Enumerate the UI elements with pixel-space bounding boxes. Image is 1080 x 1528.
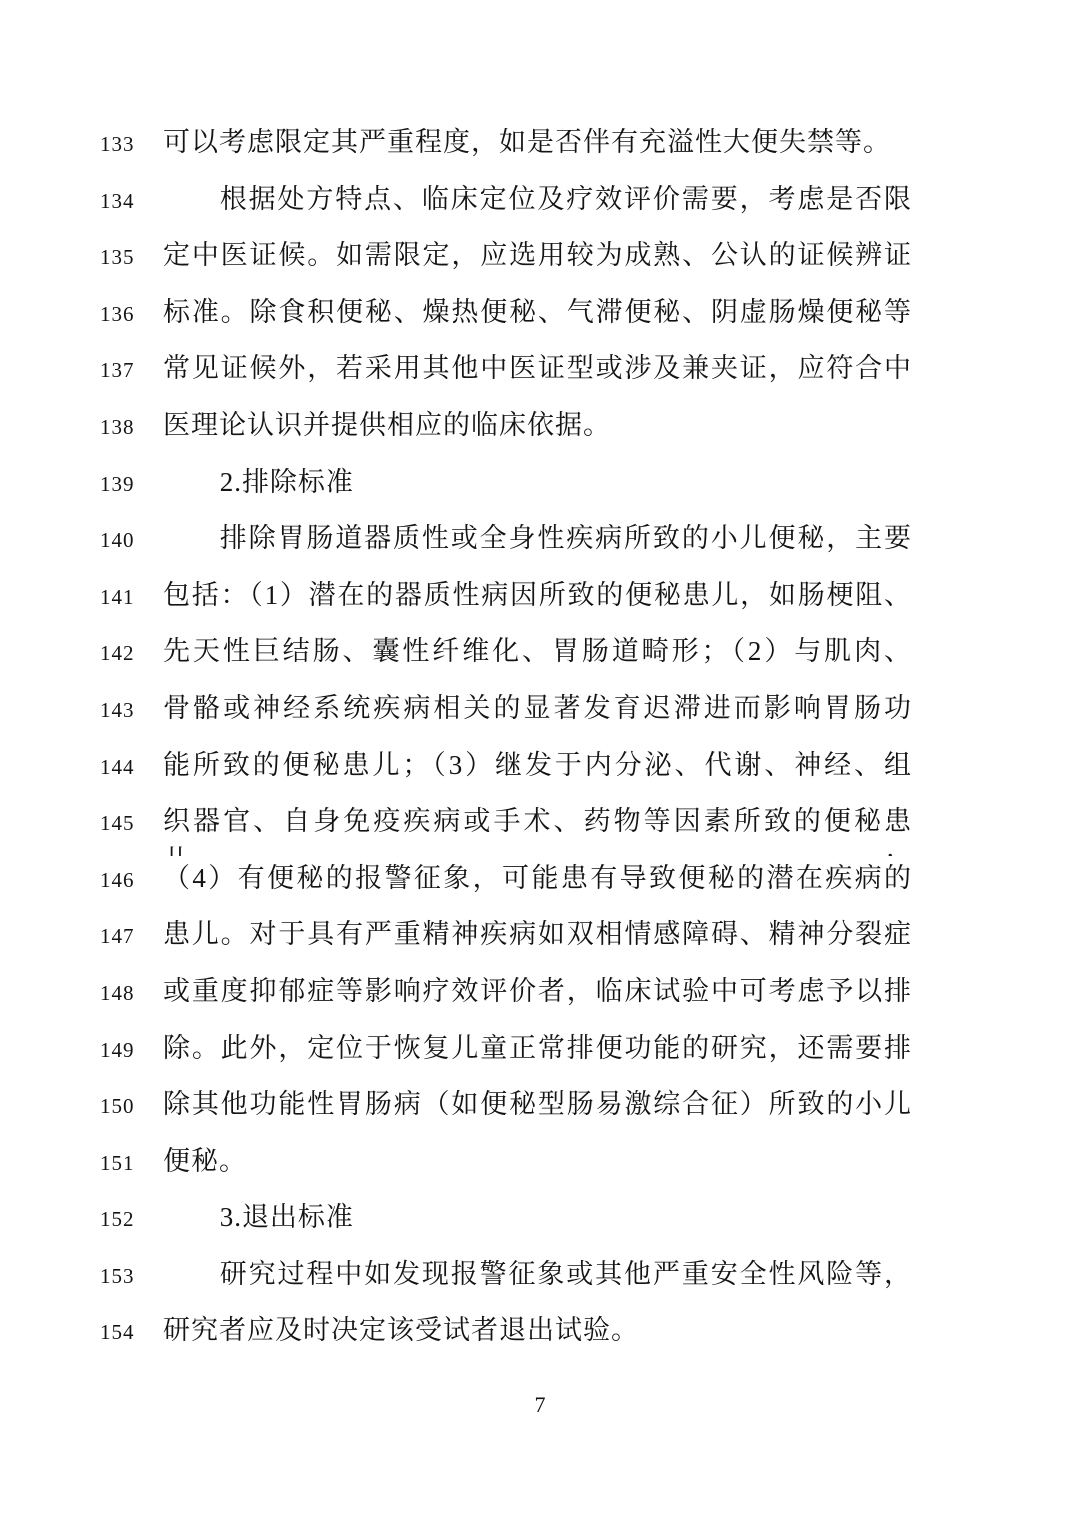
line-text: 2.排除标准 bbox=[163, 460, 912, 499]
text-line: 133可以考虑限定其严重程度，如是否伴有充溢性大便失禁等。 bbox=[100, 120, 912, 177]
text-line: 145织器官、自身免疫疾病或手术、药物等因素所致的便秘患儿； bbox=[100, 799, 912, 856]
text-line: 147患儿。对于具有严重精神疾病如双相情感障碍、精神分裂症 bbox=[100, 912, 912, 969]
line-text: 便秘。 bbox=[163, 1139, 912, 1178]
line-number: 153 bbox=[100, 1264, 163, 1289]
text-line: 135定中医证候。如需限定，应选用较为成熟、公认的证候辨证 bbox=[100, 233, 912, 290]
text-line: 1523.退出标准 bbox=[100, 1195, 912, 1252]
text-line: 142先天性巨结肠、囊性纤维化、胃肠道畸形；（2）与肌肉、 bbox=[100, 629, 912, 686]
line-text: 或重度抑郁症等影响疗效评价者，临床试验中可考虑予以排 bbox=[163, 969, 912, 1008]
line-text: 患儿。对于具有严重精神疾病如双相情感障碍、精神分裂症 bbox=[163, 912, 912, 951]
line-text: 根据处方特点、临床定位及疗效评价需要，考虑是否限 bbox=[163, 177, 912, 216]
text-line: 1392.排除标准 bbox=[100, 460, 912, 517]
line-text: 能所致的便秘患儿；（3）继发于内分泌、代谢、神经、组 bbox=[163, 743, 912, 782]
line-number: 148 bbox=[100, 981, 163, 1006]
page-number: 7 bbox=[0, 1392, 1080, 1418]
line-number: 151 bbox=[100, 1151, 163, 1176]
line-number: 142 bbox=[100, 641, 163, 666]
line-text: 先天性巨结肠、囊性纤维化、胃肠道畸形；（2）与肌肉、 bbox=[163, 629, 912, 668]
text-line: 151便秘。 bbox=[100, 1139, 912, 1196]
line-number: 140 bbox=[100, 528, 163, 553]
document-page: 133可以考虑限定其严重程度，如是否伴有充溢性大便失禁等。134根据处方特点、临… bbox=[0, 0, 1080, 1528]
text-line: 149除。此外，定位于恢复儿童正常排便功能的研究，还需要排 bbox=[100, 1026, 912, 1083]
line-number: 154 bbox=[100, 1320, 163, 1345]
line-number: 145 bbox=[100, 811, 163, 836]
line-number: 133 bbox=[100, 132, 163, 157]
text-body: 133可以考虑限定其严重程度，如是否伴有充溢性大便失禁等。134根据处方特点、临… bbox=[100, 120, 912, 1365]
text-line: 150除其他功能性胃肠病（如便秘型肠易激综合征）所致的小儿 bbox=[100, 1082, 912, 1139]
line-text: 可以考虑限定其严重程度，如是否伴有充溢性大便失禁等。 bbox=[163, 120, 912, 159]
text-line: 136标准。除食积便秘、燥热便秘、气滞便秘、阴虚肠燥便秘等 bbox=[100, 290, 912, 347]
line-number: 144 bbox=[100, 755, 163, 780]
line-number: 152 bbox=[100, 1207, 163, 1232]
text-line: 146（4）有便秘的报警征象，可能患有导致便秘的潜在疾病的 bbox=[100, 856, 912, 913]
line-number: 134 bbox=[100, 189, 163, 214]
text-line: 141包括：（1）潜在的器质性病因所致的便秘患儿，如肠梗阻、 bbox=[100, 573, 912, 630]
text-line: 137常见证候外，若采用其他中医证型或涉及兼夹证，应符合中 bbox=[100, 346, 912, 403]
text-line: 143骨骼或神经系统疾病相关的显著发育迟滞进而影响胃肠功 bbox=[100, 686, 912, 743]
text-line: 134根据处方特点、临床定位及疗效评价需要，考虑是否限 bbox=[100, 177, 912, 234]
line-text: 排除胃肠道器质性或全身性疾病所致的小儿便秘，主要 bbox=[163, 516, 912, 555]
line-number: 149 bbox=[100, 1038, 163, 1063]
line-text: 除。此外，定位于恢复儿童正常排便功能的研究，还需要排 bbox=[163, 1026, 912, 1065]
line-number: 135 bbox=[100, 245, 163, 270]
line-number: 146 bbox=[100, 868, 163, 893]
line-text: 织器官、自身免疫疾病或手术、药物等因素所致的便秘患儿； bbox=[163, 799, 912, 856]
line-text: 包括：（1）潜在的器质性病因所致的便秘患儿，如肠梗阻、 bbox=[163, 573, 912, 612]
text-line: 148或重度抑郁症等影响疗效评价者，临床试验中可考虑予以排 bbox=[100, 969, 912, 1026]
text-line: 144能所致的便秘患儿；（3）继发于内分泌、代谢、神经、组 bbox=[100, 743, 912, 800]
text-line: 154研究者应及时决定该受试者退出试验。 bbox=[100, 1308, 912, 1365]
line-number: 137 bbox=[100, 358, 163, 383]
line-text: 标准。除食积便秘、燥热便秘、气滞便秘、阴虚肠燥便秘等 bbox=[163, 290, 912, 329]
line-number: 150 bbox=[100, 1094, 163, 1119]
text-line: 153研究过程中如发现报警征象或其他严重安全性风险等， bbox=[100, 1252, 912, 1309]
line-text: 定中医证候。如需限定，应选用较为成熟、公认的证候辨证 bbox=[163, 233, 912, 272]
line-text: 3.退出标准 bbox=[163, 1195, 912, 1234]
line-number: 141 bbox=[100, 585, 163, 610]
line-text: 研究过程中如发现报警征象或其他严重安全性风险等， bbox=[163, 1252, 912, 1291]
line-number: 143 bbox=[100, 698, 163, 723]
line-text: （4）有便秘的报警征象，可能患有导致便秘的潜在疾病的 bbox=[163, 856, 912, 895]
line-number: 138 bbox=[100, 415, 163, 440]
line-text: 医理论认识并提供相应的临床依据。 bbox=[163, 403, 912, 442]
line-text: 研究者应及时决定该受试者退出试验。 bbox=[163, 1308, 912, 1347]
line-number: 139 bbox=[100, 472, 163, 497]
line-text: 除其他功能性胃肠病（如便秘型肠易激综合征）所致的小儿 bbox=[163, 1082, 912, 1121]
line-number: 147 bbox=[100, 924, 163, 949]
text-line: 140排除胃肠道器质性或全身性疾病所致的小儿便秘，主要 bbox=[100, 516, 912, 573]
line-text: 常见证候外，若采用其他中医证型或涉及兼夹证，应符合中 bbox=[163, 346, 912, 385]
text-line: 138医理论认识并提供相应的临床依据。 bbox=[100, 403, 912, 460]
line-text: 骨骼或神经系统疾病相关的显著发育迟滞进而影响胃肠功 bbox=[163, 686, 912, 725]
line-number: 136 bbox=[100, 302, 163, 327]
